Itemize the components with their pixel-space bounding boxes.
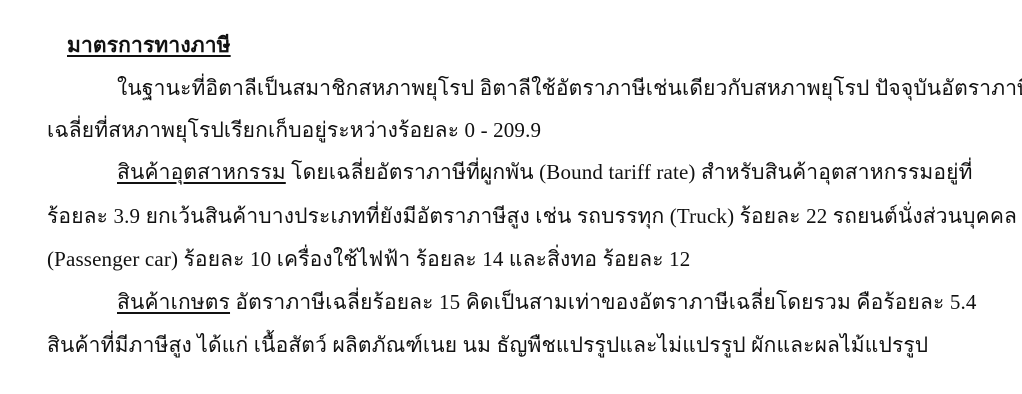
paragraph-1-line-1: ในฐานะที่อิตาลีเป็นสมาชิกสหภาพยุโรป อิตา… [117,73,1022,103]
paragraph-3-line-2: สินค้าที่มีภาษีสูง ได้แก่ เนื้อสัตว์ ผลิ… [47,330,928,360]
paragraph-1-line-2: เฉลี่ยที่สหภาพยุโรปเรียกเก็บอยู่ระหว่างร… [47,115,541,145]
paragraph-2-line-1: สินค้าอุตสาหกรรม โดยเฉลี่ยอัตราภาษีที่ผู… [117,157,973,187]
subheading-agricultural-goods: สินค้าเกษตร [117,290,230,314]
document-page: มาตรการทางภาษี ในฐานะที่อิตาลีเป็นสมาชิก… [0,0,1022,394]
paragraph-2-line-2: ร้อยละ 3.9 ยกเว้นสินค้าบางประเภทที่ยังมี… [47,201,1017,231]
paragraph-3-line-1: สินค้าเกษตร อัตราภาษีเฉลี่ยร้อยละ 15 คิด… [117,287,977,317]
paragraph-2-line-3: (Passenger car) ร้อยละ 10 เครื่องใช้ไฟฟ้… [47,244,690,274]
subheading-industrial-goods: สินค้าอุตสาหกรรม [117,160,286,184]
section-heading: มาตรการทางภาษี [67,30,231,60]
paragraph-2-line-1-text: โดยเฉลี่ยอัตราภาษีที่ผูกพัน (Bound tarif… [286,160,973,184]
paragraph-3-line-1-text: อัตราภาษีเฉลี่ยร้อยละ 15 คิดเป็นสามเท่าข… [230,290,977,314]
